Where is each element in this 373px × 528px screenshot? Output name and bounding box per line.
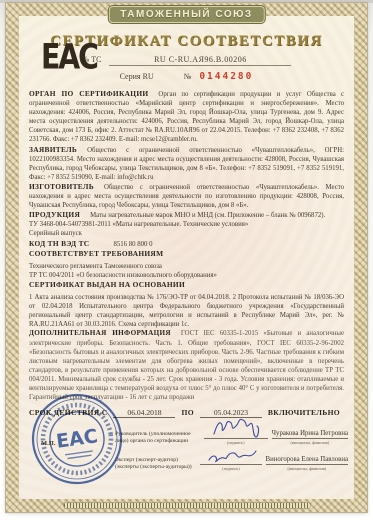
section-basis: СЕРТИФИКАТ ВЫДАН НА ОСНОВАНИИ 1 Акта ана… [29, 280, 344, 329]
section-manufacturer: ИЗГОТОВИТЕЛЬОбщество с ограниченной отве… [29, 182, 344, 210]
expert-name-sublabel: (инициалы, фамилия) [266, 466, 348, 471]
applicant-label: ЗАЯВИТЕЛЬ [29, 145, 87, 154]
validity-to-label: ПО [181, 408, 193, 417]
head-signature-line [204, 426, 268, 439]
expert-signature-field: (подпись) [200, 452, 261, 471]
manufacturer-label: ИЗГОТОВИТЕЛЬ [29, 182, 104, 191]
head-signature-sublabel: (подпись) [204, 440, 268, 445]
basis-label: СЕРТИФИКАТ ВЫДАН НА ОСНОВАНИИ [29, 280, 344, 290]
series-number: 0144280 [199, 71, 253, 82]
certificate-sheet: ТАМОЖЕННЫЙ СОЮЗ ЕАС СЕРТИФИКАТ СООТВЕТСТ… [6, 3, 367, 512]
certificate-paper: ЕАС СЕРТИФИКАТ СООТВЕТСТВИЯ № ТСRU C-RU.… [19, 16, 354, 499]
series-no-sign: № [184, 72, 192, 81]
head-name: Чуракова Ирина Петровна [272, 430, 348, 439]
section-product: ПРОДУКЦИЯМаты нагревательные марок МНО и… [29, 210, 344, 238]
section-complies: СООТВЕТСТВУЕТ ТРЕБОВАНИЯМТехнического ре… [29, 249, 344, 280]
validity-inclusive-label: ВКЛЮЧИТЕЛЬНО [268, 408, 340, 417]
eac-round-stamp: ЕАС [23, 385, 131, 493]
head-name-sublabel: (инициалы, фамилия) [272, 440, 348, 445]
stamp-center-text: ЕАС [55, 425, 99, 453]
eac-mark-logo: ЕАС [41, 40, 97, 75]
microprint-strip [64, 503, 310, 508]
expert-name-field: Виногорова Елена Павловна (инициалы, фам… [266, 456, 348, 471]
certification-body-label: ОРГАН ПО СЕРТИФИКАЦИИ [29, 89, 158, 98]
head-role-label: Руководитель (уполномоченное лицо) орган… [115, 431, 200, 445]
complies-text: Технического регламента Таможенного союз… [29, 263, 217, 279]
tn-ved-value: 8516 80 800 0 [99, 241, 152, 248]
expert-name: Виногорова Елена Павловна [266, 456, 348, 465]
section-tn-ved-code: КОД ТН ВЭД ТС8516 80 800 0 [29, 239, 344, 249]
section-applicant: ЗАЯВИТЕЛЬОбщество с ограниченной ответст… [29, 145, 344, 182]
signature-row-head: Руководитель (уполномоченное лицо) орган… [115, 426, 348, 445]
expert-signature-sublabel: (подпись) [200, 466, 261, 471]
expert-autograph-ink [206, 446, 264, 466]
validity-from-date: 06.04.2018 [113, 408, 175, 418]
head-autograph-ink [210, 416, 268, 440]
additional-info-label: ДОПОЛНИТЕЛЬНАЯ ИНФОРМАЦИЯ [29, 329, 181, 337]
complies-label: СООТВЕТСТВУЕТ ТРЕБОВАНИЯМ [29, 249, 344, 259]
signature-block: Руководитель (уполномоченное лицо) орган… [115, 426, 348, 471]
certificate-body: ОРГАН ПО СЕРТИФИКАЦИИОрган по сертификац… [19, 89, 354, 402]
head-name-field: Чуракова Ирина Петровна (инициалы, фамил… [272, 430, 348, 445]
basis-line-3: Схема сертификации 1с. [118, 321, 189, 328]
series-label: Серия RU [120, 72, 154, 81]
product-label: ПРОДУКЦИЯ [29, 210, 90, 219]
certification-body-text: Орган по сертификации продукции и услуг … [29, 91, 344, 143]
certificate-number-value: RU C-RU.АЯ96.В.00206 [109, 55, 291, 66]
tn-ved-label: КОД ТН ВЭД ТС [29, 239, 99, 248]
customs-union-banner: ТАМОЖЕННЫЙ СОЮЗ [108, 6, 264, 23]
signature-row-expert: Эксперт (эксперт-аудитор) (эксперты (экс… [115, 452, 348, 471]
basis-line-1: 1 Акта анализа состояния производства № … [29, 294, 231, 301]
head-signature-field: (подпись) [204, 426, 268, 445]
expert-signature-line [200, 452, 261, 465]
section-certification-body: ОРГАН ПО СЕРТИФИКАЦИИОрган по сертификац… [29, 89, 344, 145]
